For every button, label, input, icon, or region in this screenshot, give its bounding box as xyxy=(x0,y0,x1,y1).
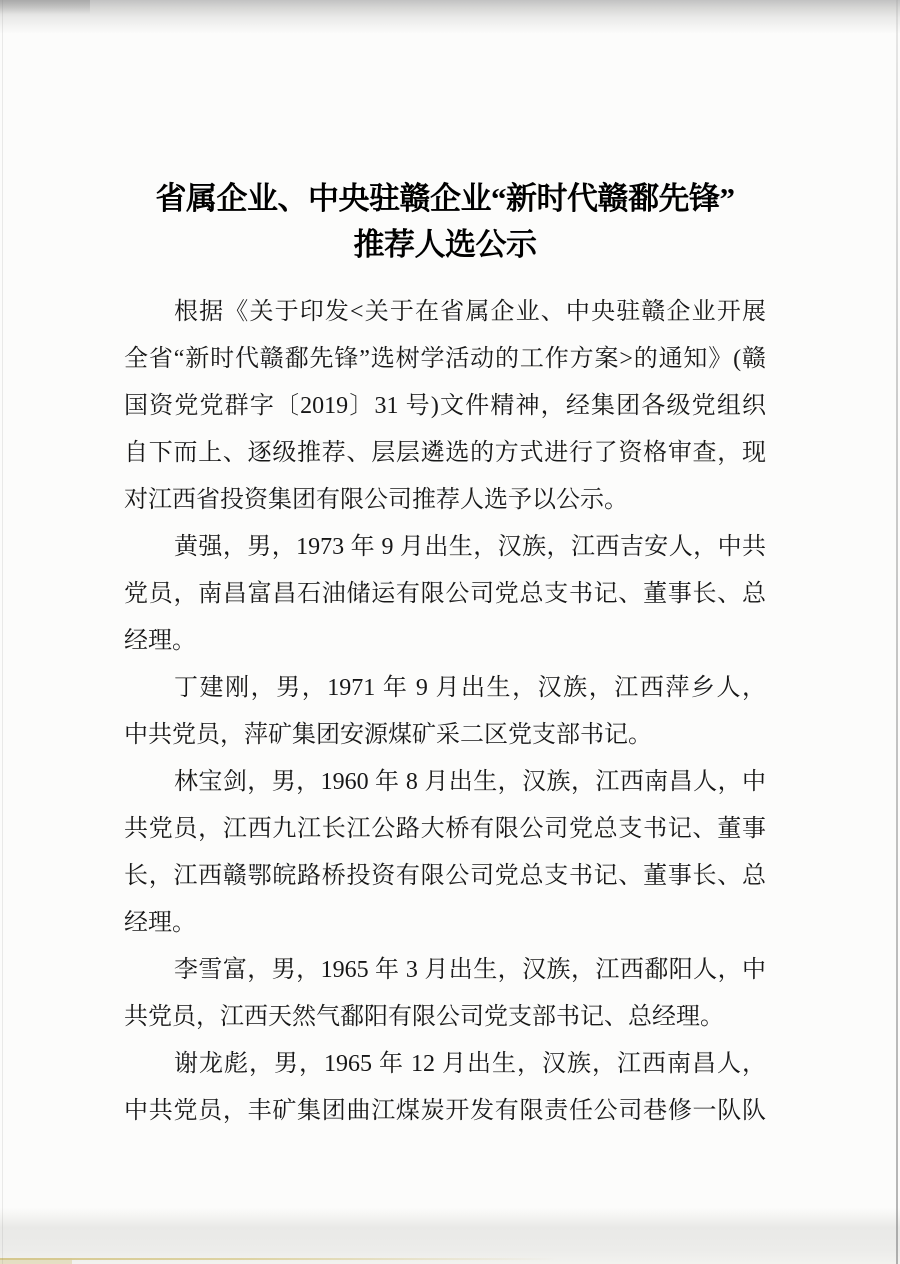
text-line: 根据《关于印发<关于在省属企业、中央驻赣企业开展 xyxy=(124,289,766,336)
scan-top-shadow-left xyxy=(0,0,90,14)
text-line: 长，江西赣鄂皖路桥投资有限公司党总支书记、董事长、总 xyxy=(124,853,766,900)
paragraph: 丁建刚，男，1971 年 9 月出生，汉族，江西萍乡人， 中共党员，萍矿集团安源… xyxy=(124,665,766,759)
text-line: 共党员，江西天然气鄱阳有限公司党支部书记、总经理。 xyxy=(124,994,766,1041)
document-title-line-2: 推荐人选公示 xyxy=(124,222,766,268)
text-line: 谢龙彪，男，1965 年 12 月出生，汉族，江西南昌人， xyxy=(124,1041,766,1088)
text-line: 林宝剑，男，1960 年 8 月出生，汉族，江西南昌人，中 xyxy=(124,759,766,806)
text-line: 对江西省投资集团有限公司推荐人选予以公示。 xyxy=(124,477,766,524)
text-line: 共党员，江西九江长江公路大桥有限公司党总支书记、董事 xyxy=(124,806,766,853)
paragraph: 林宝剑，男，1960 年 8 月出生，汉族，江西南昌人，中 共党员，江西九江长江… xyxy=(124,759,766,947)
text-line: 经理。 xyxy=(124,900,766,947)
paragraph: 黄强，男，1973 年 9 月出生，汉族，江西吉安人，中共 党员，南昌富昌石油储… xyxy=(124,524,766,665)
scan-bottom-yellow-corner xyxy=(0,1258,72,1264)
paragraph: 谢龙彪，男，1965 年 12 月出生，汉族，江西南昌人， 中共党员，丰矿集团曲… xyxy=(124,1041,766,1135)
text-line: 全省“新时代赣鄱先锋”选树学活动的工作方案>的通知》(赣 xyxy=(124,336,766,383)
text-line: 李雪富，男，1965 年 3 月出生，汉族，江西鄱阳人，中 xyxy=(124,947,766,994)
document-title: 省属企业、中央驻赣企业“新时代赣鄱先锋” 推荐人选公示 xyxy=(124,176,766,268)
text-line: 中共党员，萍矿集团安源煤矿采二区党支部书记。 xyxy=(124,712,766,759)
scan-right-edge-line xyxy=(896,0,898,1264)
text-line: 经理。 xyxy=(124,618,766,665)
document-page: 省属企业、中央驻赣企业“新时代赣鄱先锋” 推荐人选公示 根据《关于印发<关于在省… xyxy=(124,0,766,1264)
text-line: 中共党员，丰矿集团曲江煤炭开发有限责任公司巷修一队队 xyxy=(124,1088,766,1135)
text-line: 党员，南昌富昌石油储运有限公司党总支书记、董事长、总 xyxy=(124,571,766,618)
document-title-line-1: 省属企业、中央驻赣企业“新时代赣鄱先锋” xyxy=(124,176,766,222)
text-line: 丁建刚，男，1971 年 9 月出生，汉族，江西萍乡人， xyxy=(124,665,766,712)
paragraph: 根据《关于印发<关于在省属企业、中央驻赣企业开展 全省“新时代赣鄱先锋”选树学活… xyxy=(124,289,766,524)
text-line: 自下而上、逐级推荐、层层遴选的方式进行了资格审查，现 xyxy=(124,430,766,477)
text-line: 国资党党群字〔2019〕31 号)文件精神，经集团各级党组织 xyxy=(124,383,766,430)
scanned-page: { "page": { "background": "#fcfcfb", "te… xyxy=(0,0,900,1264)
paragraph: 李雪富，男，1965 年 3 月出生，汉族，江西鄱阳人，中 共党员，江西天然气鄱… xyxy=(124,947,766,1041)
text-line: 黄强，男，1973 年 9 月出生，汉族，江西吉安人，中共 xyxy=(124,524,766,571)
scan-left-edge-line xyxy=(2,0,3,1264)
document-body: 根据《关于印发<关于在省属企业、中央驻赣企业开展 全省“新时代赣鄱先锋”选树学活… xyxy=(124,289,766,1135)
